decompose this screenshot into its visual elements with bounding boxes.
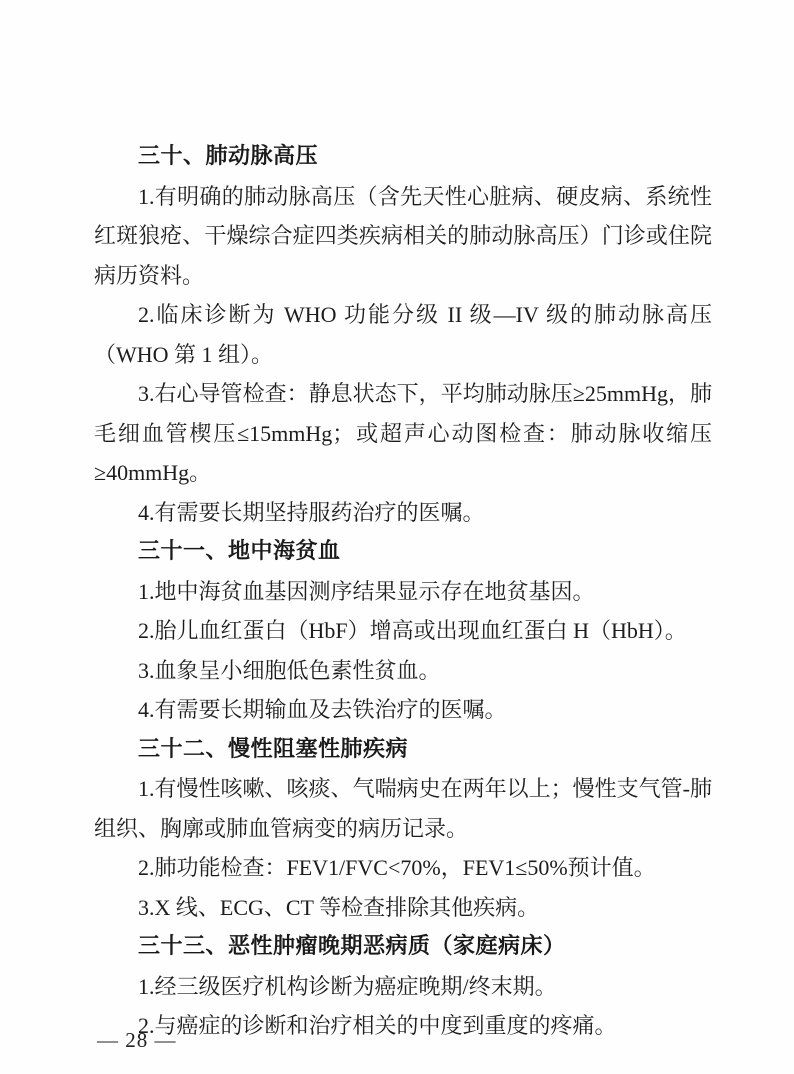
paragraph: 2.临床诊断为 WHO 功能分级 II 级—IV 级的肺动脉高压（WHO 第 1…: [94, 295, 712, 374]
document-body: 三十、肺动脉高压 1.有明确的肺动脉高压（含先天性心脏病、硬皮病、系统性红斑狼疮…: [0, 0, 794, 1046]
paragraph: 2.与癌症的诊断和治疗相关的中度到重度的疼痛。: [94, 1006, 712, 1046]
section-31-heading: 三十一、地中海贫血: [94, 532, 712, 572]
paragraph: 3.血象呈小细胞低色素性贫血。: [94, 651, 712, 691]
section-33-heading: 三十三、恶性肿瘤晚期恶病质（家庭病床）: [94, 927, 712, 967]
page-number: — 28 —: [97, 1026, 177, 1054]
document-page: 三十、肺动脉高压 1.有明确的肺动脉高压（含先天性心脏病、硬皮病、系统性红斑狼疮…: [0, 0, 794, 1074]
section-33-malignant-tumor-cachexia: 三十三、恶性肿瘤晚期恶病质（家庭病床） 1.经三级医疗机构诊断为癌症晚期/终末期…: [94, 927, 712, 1046]
section-30-heading: 三十、肺动脉高压: [94, 137, 712, 177]
paragraph: 1.经三级医疗机构诊断为癌症晚期/终末期。: [94, 967, 712, 1007]
paragraph: 1.地中海贫血基因测序结果显示存在地贫基因。: [94, 572, 712, 612]
paragraph: 3.右心导管检查：静息状态下，平均肺动脉压≥25mmHg，肺毛细血管楔压≤15m…: [94, 374, 712, 493]
paragraph: 4.有需要长期输血及去铁治疗的医嘱。: [94, 690, 712, 730]
paragraph: 1.有明确的肺动脉高压（含先天性心脏病、硬皮病、系统性红斑狼疮、干燥综合症四类疾…: [94, 177, 712, 296]
paragraph: 4.有需要长期坚持服药治疗的医嘱。: [94, 493, 712, 533]
paragraph: 3.X 线、ECG、CT 等检查排除其他疾病。: [94, 888, 712, 928]
section-31-thalassemia: 三十一、地中海贫血 1.地中海贫血基因测序结果显示存在地贫基因。 2.胎儿血红蛋…: [94, 532, 712, 730]
paragraph: 2.肺功能检查：FEV1/FVC<70%，FEV1≤50%预计值。: [94, 848, 712, 888]
section-32-heading: 三十二、慢性阻塞性肺疾病: [94, 730, 712, 770]
paragraph: 2.胎儿血红蛋白（HbF）增高或出现血红蛋白 H（HbH）。: [94, 611, 712, 651]
section-32-copd: 三十二、慢性阻塞性肺疾病 1.有慢性咳嗽、咳痰、气喘病史在两年以上；慢性支气管-…: [94, 730, 712, 928]
paragraph: 1.有慢性咳嗽、咳痰、气喘病史在两年以上；慢性支气管-肺组织、胸廓或肺血管病变的…: [94, 769, 712, 848]
section-30-pulmonary-hypertension: 三十、肺动脉高压 1.有明确的肺动脉高压（含先天性心脏病、硬皮病、系统性红斑狼疮…: [94, 137, 712, 532]
